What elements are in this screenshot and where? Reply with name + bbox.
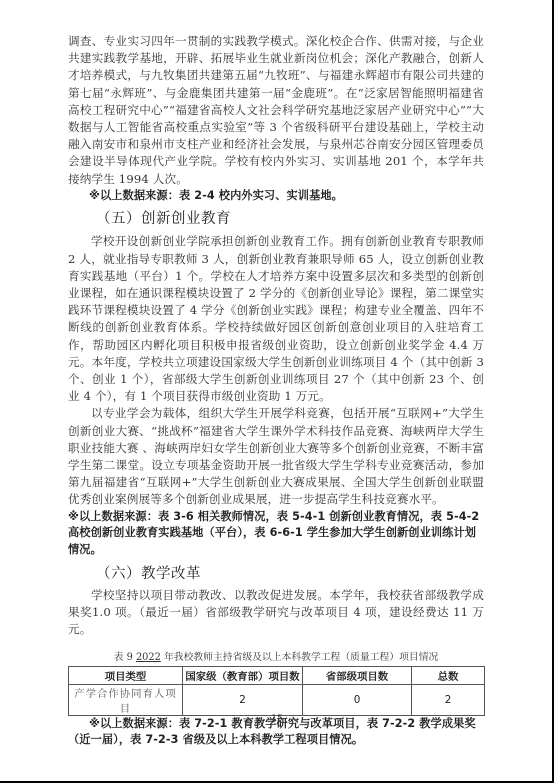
cell-provincial: 0 bbox=[303, 684, 412, 715]
cell-total: 2 bbox=[412, 684, 485, 715]
document-content: 调查、专业实习四年一贯制的实践教学模式。深化校企合作、供需对接，与企业共建实践教… bbox=[68, 33, 484, 749]
column-header-type: 项目类型 bbox=[69, 666, 183, 684]
table-header-row: 项目类型 国家级（教育部）项目数 省部级项目数 总数 bbox=[69, 666, 485, 684]
section-heading-innovation: （五）创新创业教育 bbox=[68, 209, 484, 229]
paragraph-teaching-reform: 学校坚持以项目带动教改、以教改促进发展。本学年，我校获省部级教学成果奖1.0 项… bbox=[68, 587, 484, 639]
column-header-provincial: 省部级项目数 bbox=[303, 666, 412, 684]
data-source-note: ※以上数据来源：表 2-4 校内外实习、实训基地。 bbox=[68, 188, 484, 205]
table-row: 产学合作协同育人项目 2 0 2 bbox=[69, 684, 485, 715]
table-caption-year: 2022 bbox=[136, 652, 161, 663]
table-caption: 表 9 2022 年我校教师主持省级及以上本科教学工程（质量工程）项目情况 bbox=[68, 651, 484, 665]
data-source-note: ※以上数据来源：表 3-6 相关教师情况，表 5-4-1 创新创业教育情况，表 … bbox=[68, 509, 484, 559]
column-header-national: 国家级（教育部）项目数 bbox=[183, 666, 303, 684]
paragraph-innovation-2: 以专业学会为载体，组织大学生开展学科竞赛，包括开展“互联网+”大学生创新创业大赛… bbox=[68, 405, 484, 508]
paragraph-practice-teaching: 调查、专业实习四年一贯制的实践教学模式。深化校企合作、供需对接，与企业共建实践教… bbox=[68, 33, 484, 188]
column-header-total: 总数 bbox=[412, 666, 485, 684]
section-heading-teaching-reform: （六）教学改革 bbox=[68, 564, 484, 584]
cell-national: 2 bbox=[183, 684, 303, 715]
table-caption-prefix: 表 9 bbox=[114, 652, 136, 663]
project-table: 项目类型 国家级（教育部）项目数 省部级项目数 总数 产学合作协同育人项目 2 … bbox=[68, 666, 485, 716]
page-number: 15 bbox=[0, 714, 554, 724]
paragraph-innovation-1: 学校开设创新创业学院承担创新创业教育工作。拥有创新创业教育专职教师 2 人，就业… bbox=[68, 233, 484, 405]
table-caption-suffix: 年我校教师主持省级及以上本科教学工程（质量工程）项目情况 bbox=[161, 652, 438, 663]
cell-type: 产学合作协同育人项目 bbox=[69, 684, 183, 715]
